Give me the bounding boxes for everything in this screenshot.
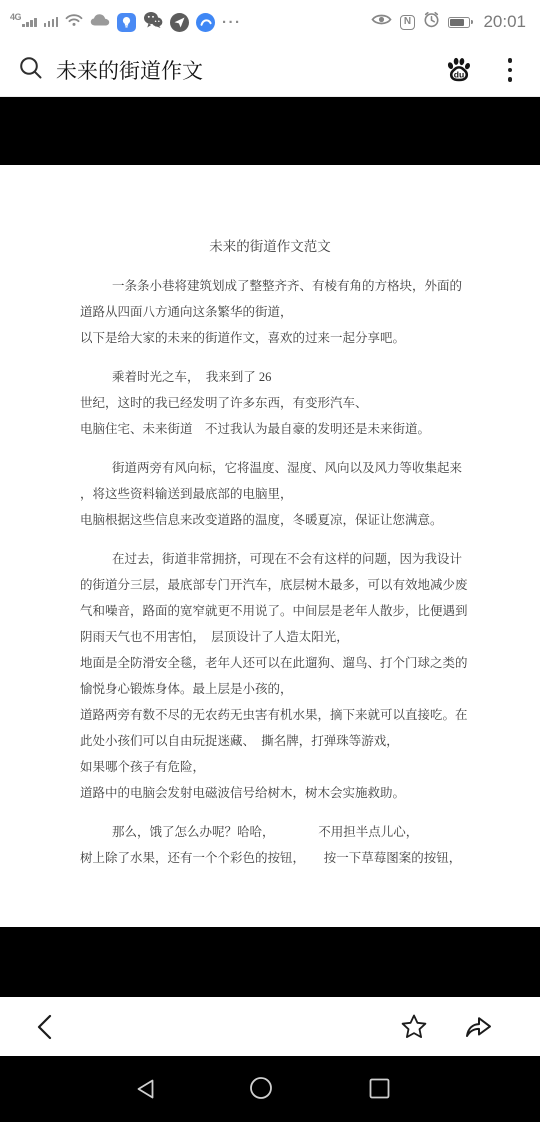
status-bar: 4G ··· [0,0,540,44]
doc-line: 那么，饿了怎么办呢？哈哈， 不用担半点儿心， [80,819,540,845]
doc-paragraphs: 一条条小巷将建筑划成了整整齐齐、有棱有角的方格块，外面的道路从四面八方通向这条繁… [0,273,540,871]
doc-line: 一条条小巷将建筑划成了整整齐齐、有棱有角的方格块，外面的 [80,273,540,299]
star-favorite-icon[interactable] [400,1013,428,1040]
baidu-logo-text: du [453,69,463,79]
doc-line: 电脑住宅、未来街道 不过我认为最自豪的发明还是未来街道。 [80,416,540,442]
doc-line: 以下是给大家的未来的街道作文，喜欢的过来一起分享吧。 [80,325,540,351]
doc-line: ，将这些资料输送到最底部的电脑里， [80,481,540,507]
document-title: 未来的街道作文范文 [0,235,540,255]
alarm-clock-icon [423,11,440,33]
doc-paragraph: 街道两旁有风向标，它将温度、湿度、风向以及风力等收集起来，将这些资料输送到最底部… [80,455,540,533]
search-icon [18,55,44,86]
document-viewer[interactable]: 未来的街道作文范文 一条条小巷将建筑划成了整整齐齐、有棱有角的方格块，外面的道路… [0,97,540,997]
doc-line: 道路两旁有数不尽的无农药无虫害有机水果，摘下来就可以直接吃。在 [80,702,540,728]
network-type-label: 4G [10,12,21,22]
doc-line: 地面是全防滑安全毯，老年人还可以在此遛狗、遛鸟、打个门球之类的 [80,650,540,676]
battery-icon [448,17,474,28]
viewer-background-bottom [0,927,540,997]
android-recents-icon[interactable] [369,1078,390,1099]
search-query[interactable]: 未来的街道作文 [56,55,444,85]
android-home-icon[interactable] [249,1076,273,1100]
signal-strength-sim1-icon: 4G [10,17,37,27]
doc-paragraph: 那么，饿了怎么办呢？哈哈， 不用担半点儿心，树上除了水果，还有一个个彩色的按钮，… [80,819,540,871]
wifi-icon [65,13,83,32]
doc-line: 乘着时光之车， 我来到了 26 [80,364,540,390]
doc-paragraph: 在过去，街道非常拥挤，可现在不会有这样的问题，因为我设计的街道分三层，最底部专门… [80,546,540,806]
android-back-icon[interactable] [136,1078,155,1100]
status-bar-right: N 20:01 [371,11,526,33]
search-bar[interactable]: 未来的街道作文 du [0,44,540,97]
bottom-toolbar [0,997,540,1056]
menu-kebab-icon[interactable] [504,54,517,86]
doc-line: 气和噪音，路面的宽窄就更不用说了。中间层是老年人散步，比便遇到 [80,598,540,624]
doc-line: 道路中的电脑会发射电磁波信号给树木，树木会实施救助。 [80,780,540,806]
doc-line: 在过去，街道非常拥挤，可现在不会有这样的问题，因为我设计 [80,546,540,572]
notification-overflow-icon: ··· [222,15,242,30]
doc-line: 愉悦身心锻炼身体。最上层是小孩的， [80,676,540,702]
doc-paragraph: 乘着时光之车， 我来到了 26世纪，这时的我已经发明了许多东西，有变形汽车、电脑… [80,364,540,442]
document-page[interactable]: 未来的街道作文范文 一条条小巷将建筑划成了整整齐齐、有棱有角的方格块，外面的道路… [0,165,540,927]
baidu-logo-icon[interactable]: du [444,56,474,85]
phone-screen: 4G ··· [0,0,540,1122]
flashlight-app-icon [117,13,136,32]
doc-line: 街道两旁有风向标，它将温度、湿度、风向以及风力等收集起来 [80,455,540,481]
eye-comfort-icon [371,12,392,32]
clock-time: 20:01 [483,12,526,32]
doc-line: 的街道分三层，最底部专门开汽车，底层树木最多，可以有效地减少废 [80,572,540,598]
nfc-icon: N [400,15,415,30]
doc-line: 世纪，这时的我已经发明了许多东西，有变形汽车、 [80,390,540,416]
cloud-icon [90,13,110,31]
send-app-icon [170,13,189,32]
doc-paragraph: 一条条小巷将建筑划成了整整齐齐、有棱有角的方格块，外面的道路从四面八方通向这条繁… [80,273,540,351]
blue-swoosh-app-icon [196,13,215,32]
doc-line: 如果哪个孩子有危险， [80,754,540,780]
viewer-background-top [0,97,540,165]
doc-line: 阴雨天气也不用害怕， 层顶设计了人造太阳光， [80,624,540,650]
doc-line: 道路从四面八方通向这条繁华的街道， [80,299,540,325]
android-nav-bar [0,1056,540,1122]
doc-line: 此处小孩们可以自由玩捉迷藏、 撕名牌，打弹珠等游戏， [80,728,540,754]
doc-line: 树上除了水果，还有一个个彩色的按钮， 按一下草莓图案的按钮， [80,845,540,871]
wechat-icon [143,11,163,34]
signal-strength-sim2-icon [44,17,59,27]
back-chevron-icon[interactable] [36,1014,53,1040]
doc-line: 电脑根据这些信息来改变道路的温度，冬暖夏凉，保证让您满意。 [80,507,540,533]
status-bar-left: 4G ··· [10,11,371,34]
share-forward-icon[interactable] [464,1015,494,1039]
